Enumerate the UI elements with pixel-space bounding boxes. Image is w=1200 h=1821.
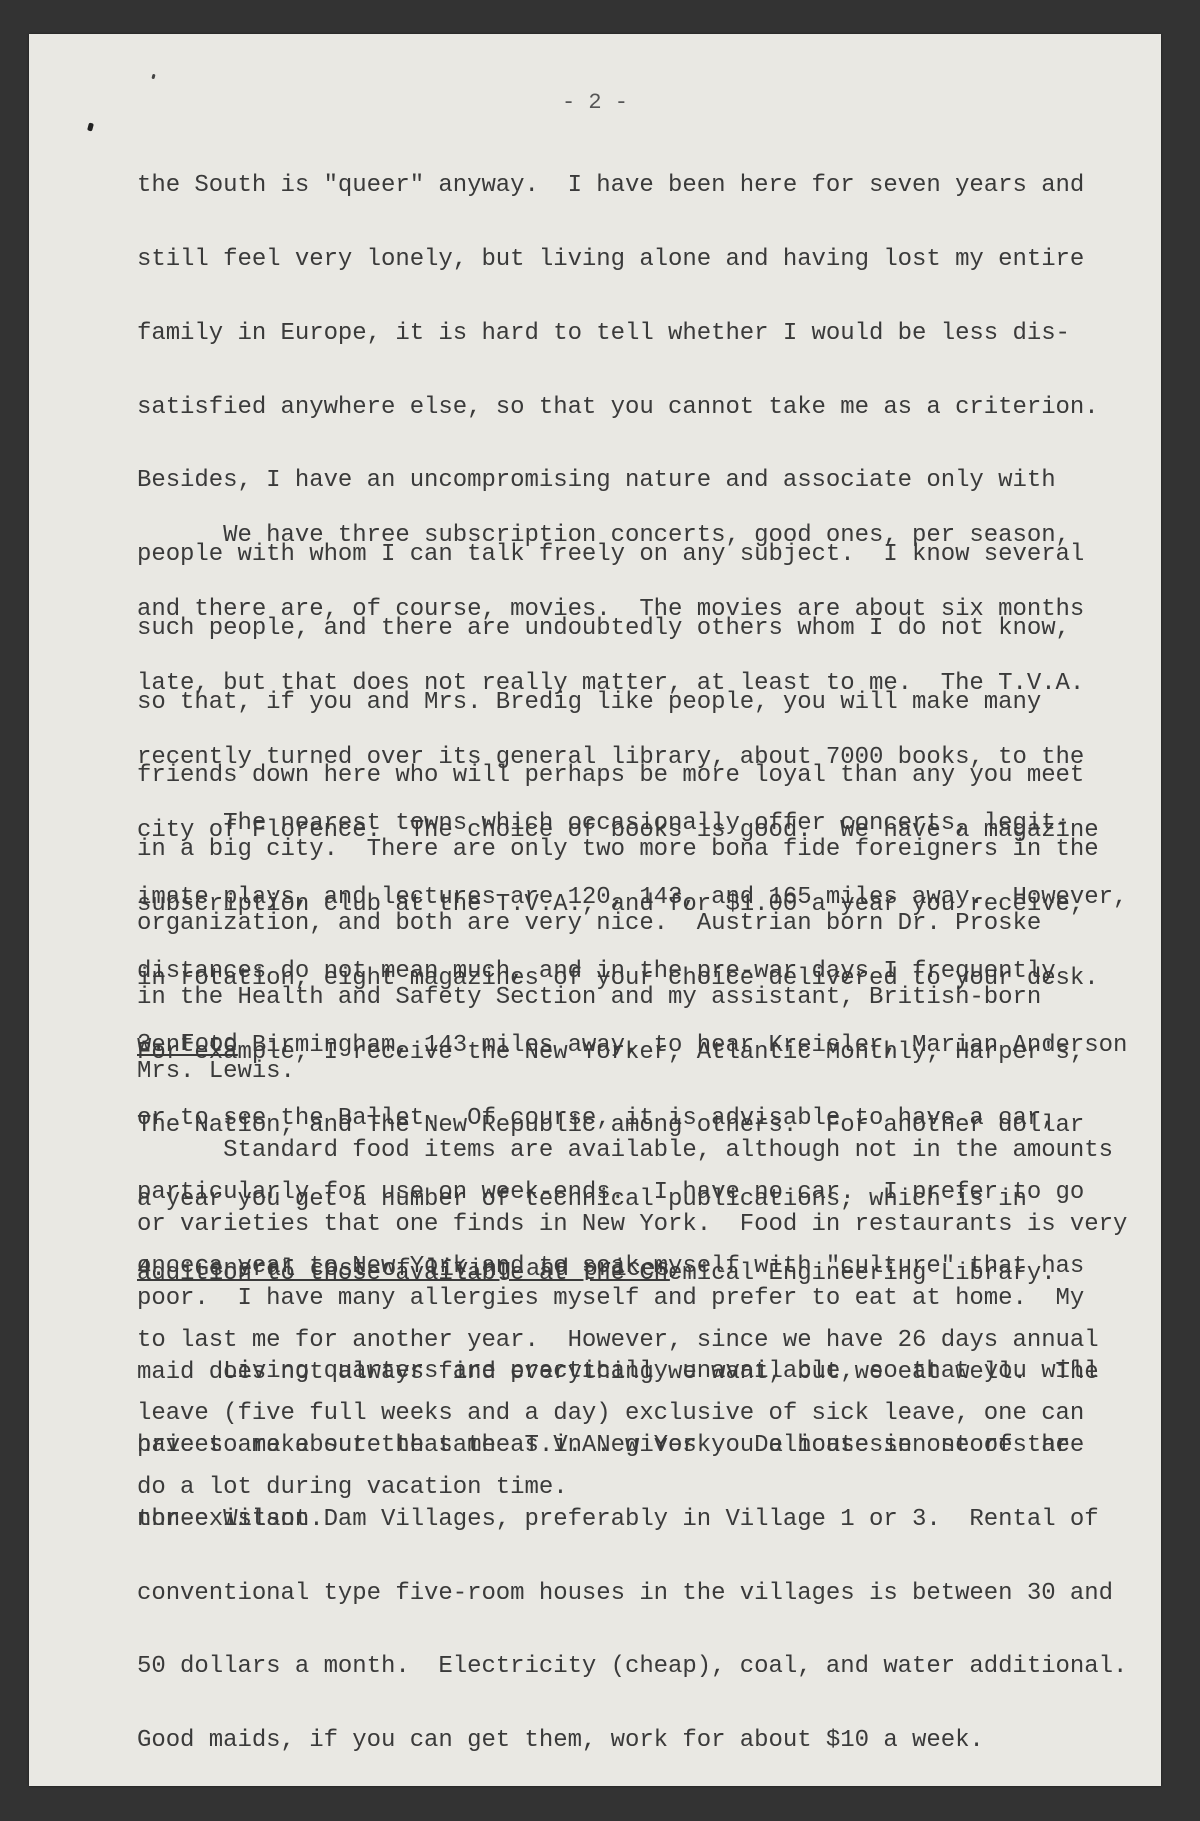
text-line: family in Europe, it is hard to tell whe… [137, 322, 1099, 347]
text-line: imate plays, and lectures are 120, 143, … [137, 886, 1127, 911]
ink-mark [87, 122, 94, 131]
section-heading-food: 3. Food [137, 1033, 238, 1058]
page-number: - 2 - [29, 90, 1161, 115]
paragraph-living-quarters: Living quarters are practically unavaila… [137, 1311, 1127, 1803]
text-line: satisfied anywhere else, so that you can… [137, 396, 1099, 421]
text-line: still feel very lonely, but living alone… [137, 248, 1099, 273]
text-line: late, but that does not really matter, a… [137, 672, 1099, 697]
ink-mark [151, 74, 155, 80]
text-line: poor. I have many allergies myself and p… [137, 1287, 1127, 1312]
text-line: Living quarters are practically unavaila… [137, 1360, 1127, 1385]
text-line: The nearest towns which occasionally off… [137, 812, 1127, 837]
text-line: conventional type five-room houses in th… [137, 1582, 1127, 1607]
text-line: We have three subscription concerts, goo… [137, 524, 1099, 549]
section-heading-cost-of-living: 4. General cost of living and prices [137, 1258, 670, 1283]
text-line: the South is "queer" anyway. I have been… [137, 174, 1099, 199]
text-line: 50 dollars a month. Electricity (cheap),… [137, 1655, 1127, 1680]
document-page: - 2 - the South is "queer" anyway. I hav… [29, 34, 1161, 1786]
text-line: Standard food items are available, altho… [137, 1139, 1127, 1164]
text-line: three Wilson Dam Villages, preferably in… [137, 1508, 1127, 1533]
text-line: or varieties that one finds in New York.… [137, 1213, 1127, 1238]
text-line: and there are, of course, movies. The mo… [137, 598, 1099, 623]
text-line: have to make sure that the T.V.A. gives … [137, 1434, 1127, 1459]
text-line: Good maids, if you can get them, work fo… [137, 1729, 1127, 1754]
text-line: went to Birmingham, 143 miles away, to h… [137, 1034, 1127, 1059]
text-line: distances do not mean much, and in the p… [137, 960, 1127, 985]
